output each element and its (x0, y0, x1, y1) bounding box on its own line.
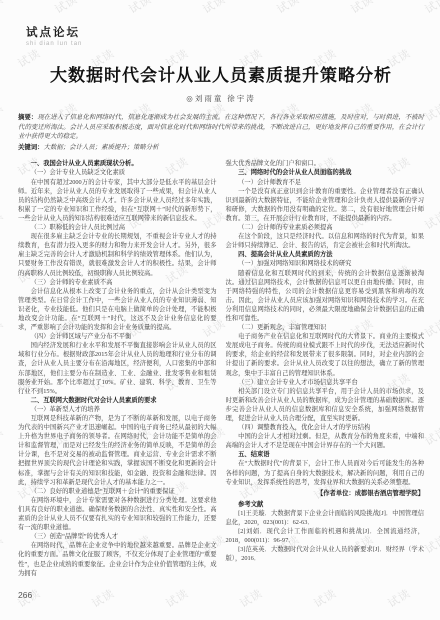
section-heading: 四、提高会计从业人员素质的方法 (226, 250, 425, 259)
article-body: 一、我国会计从业人员素质现状分析。（一）会计专业人员缺乏文化素质在中国有超过20… (18, 159, 424, 577)
continuation-paragraph: 强大优秀品牌文化的门户和窗口。 (226, 159, 425, 168)
paragraph: 会计信息化从根本上改变了会计业务的重点，会计从会计类型变为管理类型。在日常会计工… (18, 287, 217, 332)
paragraph: 在“大数据时代”的背景下，会计工作人员面对今后可能发生的各种各样的问题，为了提高… (226, 459, 425, 486)
references-heading: 参考文献 (226, 500, 425, 509)
reference-item: [2]刘娟．现代会计工作面临的机遇和挑战[J]．全国流通经济，2018，000(… (226, 527, 425, 545)
keywords-text: 大数据；会计人员；素质提升；策略分析 (44, 144, 159, 151)
sub-heading: （三）会计师的专业素质不高 (18, 278, 217, 287)
section-heading: 二、互联网大数据时代对会计人员素质的要求 (18, 396, 217, 405)
section-heading: 一、我国会计从业人员素质现状分析。 (18, 159, 217, 168)
paragraph: 一个是没有真正意识到会计教育的重要性。企业管理者没有正确认识到最新的大数据特征，… (226, 187, 425, 223)
author-affiliation: 【作者单位：成都银杏酒店管理学院】 (226, 489, 425, 498)
page-number: 266 (18, 590, 32, 600)
paragraph: 中国的会计人才相对过剩。但是，从教育分布的角度来看，中端和高端的会计人才不足是现… (226, 432, 425, 450)
watermark-text: 试读 (385, 585, 414, 611)
column-header-title: 试点论坛 (26, 24, 424, 40)
sub-heading: （二）会计师的专业素质必须提高 (226, 223, 425, 232)
article-title: 大数据时代会计从业人员素质提升策略分析 (18, 61, 424, 86)
paragraph: 在这个阶段，这只是经济时代。以信息和网络的时代为背景，如果会计师只持续簿记、会计… (226, 232, 425, 250)
article-authors: ◎刘雨童 徐宇涛 (18, 93, 424, 104)
watermark-text: 试读 (237, 585, 266, 611)
sub-heading: （一）会计师教育不足 (226, 178, 425, 187)
paragraph: 相关部门设立专门的信息共享平台，用于会计人员的市场供求，及时更新和改善会计从业人… (226, 387, 425, 423)
reference-item: [1]王美璇．大数据背景下企业会计面临的风险挑战[J]．中国管理信息化，2020… (226, 509, 425, 527)
sub-heading: （四）会计师区域与产业分布不平衡 (18, 332, 217, 341)
sub-heading: （二）更新观念，丰富管理知识 (226, 323, 425, 332)
reference-item: [3]范英英．大数据时代对会计从业人员的新要求[J]．财经界（学术版），2016… (226, 545, 425, 563)
paragraph: 在网络环境中，会计专家需要对各种数据进行分类处理。这要求他们具有良好的职业道德。… (18, 496, 217, 532)
paragraph: 现在很多雇主缺乏会计专业的长期规划，不重视会计专业人才的持续教育，也有潜力投入更… (18, 232, 217, 277)
watermark-text: 试读 (163, 585, 192, 611)
watermark-text: 试读 (89, 585, 118, 611)
sub-heading: （三）建立会计专业人才市场信息共享平台 (226, 378, 425, 387)
column-header: 试点论坛 shi dian lun tan (26, 24, 424, 47)
keywords-block: 关键词：大数据；会计人员；素质提升；策略分析 (18, 143, 424, 153)
sub-heading: （一）会计专业人员缺乏文化素质 (18, 168, 217, 177)
abstract-label: 摘要： (18, 114, 37, 121)
right-column: 强大优秀品牌文化的门户和窗口。三、网络时代的会计从业人员面临的挑战（一）会计师教… (226, 159, 425, 577)
paragraph: 国内经济发展和行业水平和发展不平衡直接影响会计从业人员的区域和行业分布。根据财政… (18, 341, 217, 396)
watermark-text: 试读 (311, 585, 340, 611)
keywords-label: 关键词： (18, 144, 44, 151)
sub-heading: （三）创造“品牌型”的优秀人才 (18, 532, 217, 541)
sub-heading: （一）加强对网络知识和网络技术的研究 (226, 259, 425, 268)
sub-heading: （二）良好的职业道德是“互联网＋会计”的重要保证 (18, 487, 217, 496)
section-heading: 三、网络时代的会计从业人员面临的挑战 (226, 168, 425, 177)
sub-heading: （一）革新型人才的培养 (18, 405, 217, 414)
journal-page: 试读试读试读试读试读试读试读试读试读试读试读试读试读试读试读试读试读试读试读试读… (0, 0, 440, 578)
sub-heading: （二）职称低的会计人员比例过高 (18, 223, 217, 232)
abstract-block: 摘要：现在进入了信息化和网络时代，信息化逐渐成为社会发展的主流。在这种情况下，各… (18, 113, 424, 142)
paragraph: 随着信息化和互联网时代的到来，传统的会计数据信息逐渐被淘汰。通过信息网络技术，会… (226, 269, 425, 324)
paragraph: 在网络时代，品牌在企业竞争中的地位越来越重要。品牌是企业文化的重要方面。品牌文化… (18, 541, 217, 577)
abstract-text: 现在进入了信息化和网络时代，信息化逐渐成为社会发展的主流。在这种情况下，各行各业… (18, 114, 424, 140)
paragraph: 在中国有超过2000万的会计专家，其中大部分是低水平的基层会计师。近年来，会计从… (18, 178, 217, 223)
left-column: 一、我国会计从业人员素质现状分析。（一）会计专业人员缺乏文化素质在中国有超过20… (18, 159, 217, 577)
column-header-pinyin: shi dian lun tan (26, 41, 424, 47)
page-content: 试点论坛 shi dian lun tan 大数据时代会计从业人员素质提升策略分… (0, 0, 440, 578)
section-heading: 五、结束语 (226, 450, 425, 459)
paragraph: 电子商务产业在信息化和互联网时代的大背景下。商业的主要模式发展成电子商务。传统的… (226, 332, 425, 377)
sub-heading: （四）调整教育投入，优化会计人才的学历结构 (226, 423, 425, 432)
paragraph: 互联网是科技革新的产物，是为了不断的革新和发展，以电子商务为代表的中国新兴产业才… (18, 414, 217, 487)
